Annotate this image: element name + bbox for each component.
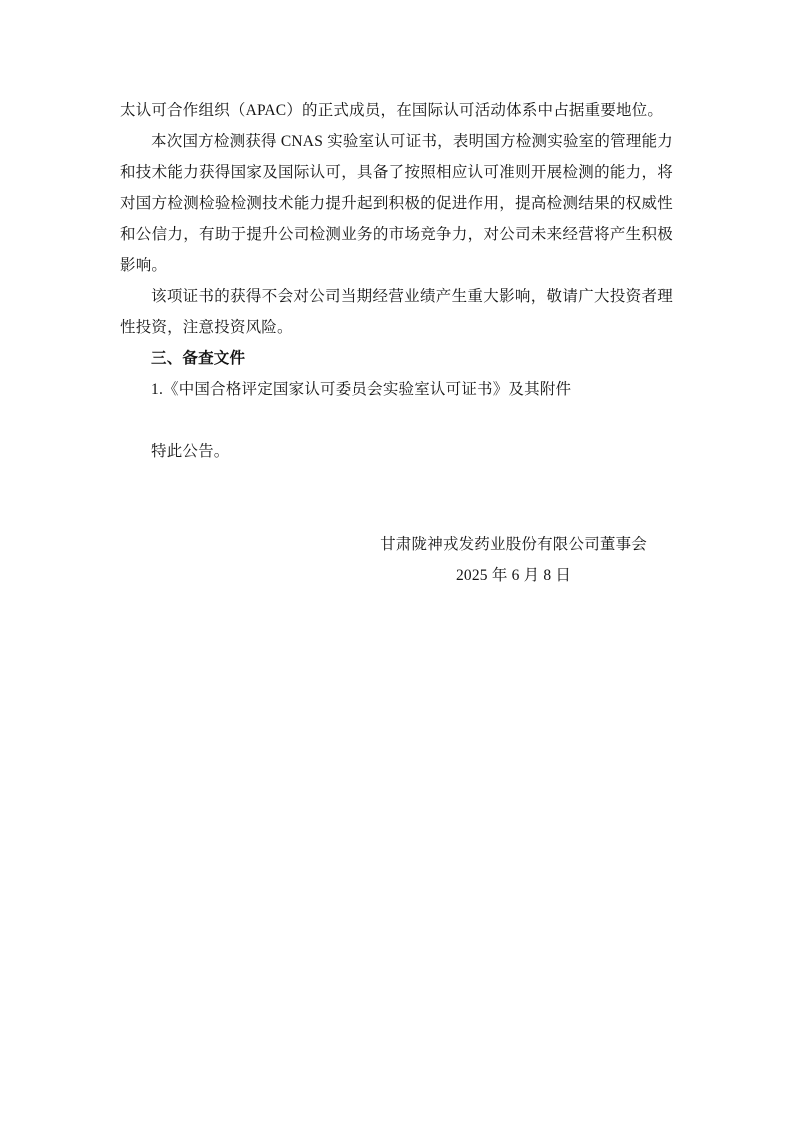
blank-line xyxy=(120,405,673,436)
signature-date: 2025 年 6 月 8 日 xyxy=(380,560,647,591)
paragraph-certificate-significance: 本次国方检测获得 CNAS 实验室认可证书，表明国方检测实验室的管理能力和技术能… xyxy=(120,126,673,281)
document-body: 太认可合作组织（APAC）的正式成员，在国际认可活动体系中占据重要地位。 本次国… xyxy=(120,95,673,591)
paragraph-apac-membership: 太认可合作组织（APAC）的正式成员，在国际认可活动体系中占据重要地位。 xyxy=(120,95,673,126)
reference-item-certificate: 1.《中国合格评定国家认可委员会实验室认可证书》及其附件 xyxy=(120,374,673,405)
paragraph-risk-notice: 该项证书的获得不会对公司当期经营业绩产生重大影响，敬请广大投资者理性投资，注意投… xyxy=(120,281,673,343)
signature-block: 甘肃陇神戎发药业股份有限公司董事会 2025 年 6 月 8 日 xyxy=(380,529,647,591)
blank-lines xyxy=(120,467,673,529)
document-page: 太认可合作组织（APAC）的正式成员，在国际认可活动体系中占据重要地位。 本次国… xyxy=(0,0,794,1122)
closing-statement: 特此公告。 xyxy=(120,436,673,467)
signature-company: 甘肃陇神戎发药业股份有限公司董事会 xyxy=(380,529,647,560)
heading-reference-documents: 三、备查文件 xyxy=(120,343,673,374)
